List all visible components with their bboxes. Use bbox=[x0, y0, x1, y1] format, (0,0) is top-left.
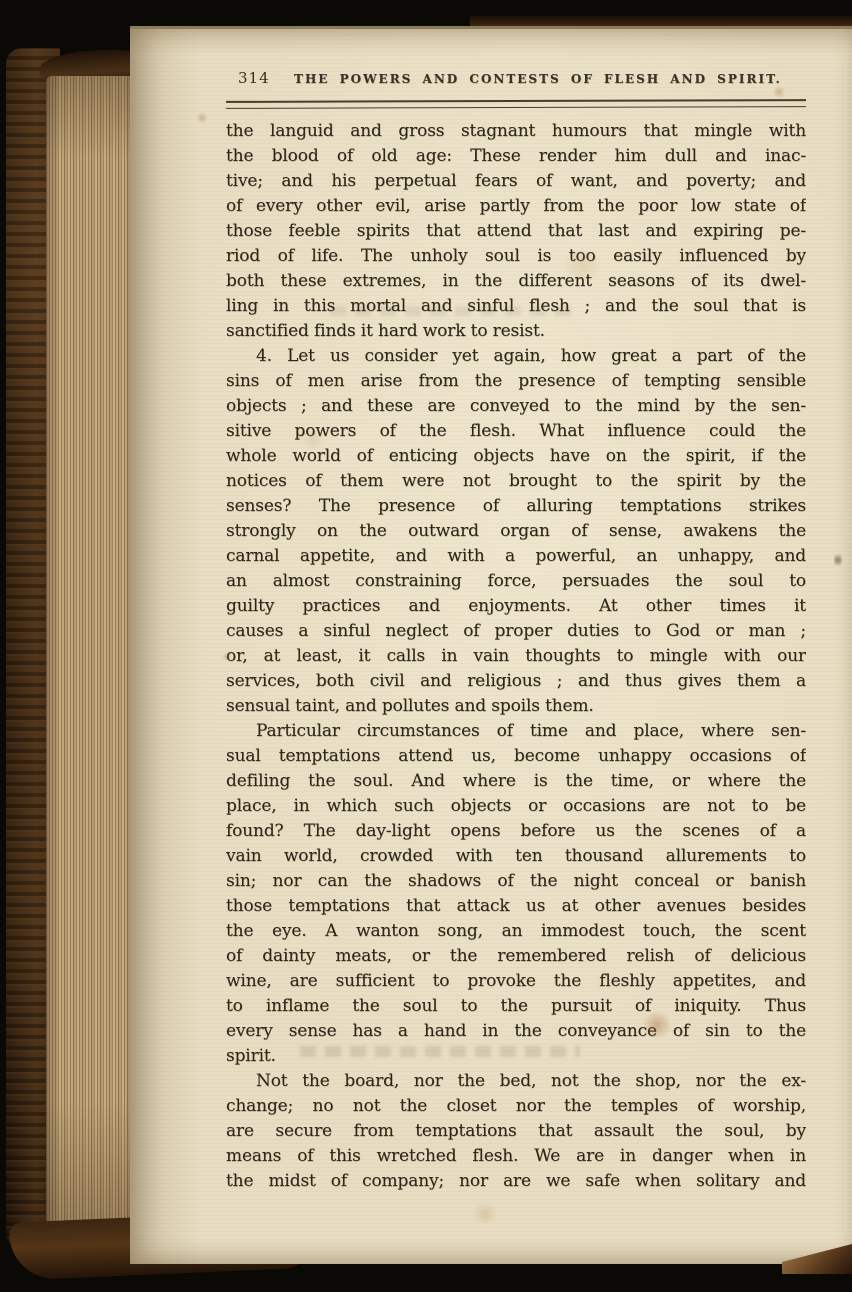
page-header: 314 THE POWERS AND CONTESTS OF FLESH AND… bbox=[226, 69, 806, 91]
running-title: THE POWERS AND CONTESTS OF FLESH AND SPI… bbox=[270, 72, 806, 86]
text-line: every sense has a hand in the conveyance… bbox=[226, 1019, 806, 1044]
text-line: those temptations that attack us at othe… bbox=[226, 894, 806, 919]
text-line: wine, are sufficient to provoke the fles… bbox=[226, 969, 806, 994]
text-line: services, both civil and religious ; and… bbox=[226, 669, 806, 694]
text-line: of every other evil, arise partly from t… bbox=[226, 194, 806, 219]
page-fore-edge bbox=[46, 76, 138, 1268]
text-line: guilty practices and enjoyments. At othe… bbox=[226, 594, 806, 619]
book-photo: 314 THE POWERS AND CONTESTS OF FLESH AND… bbox=[0, 0, 852, 1292]
text-line: ling in this mortal and sinful flesh ; a… bbox=[226, 294, 806, 319]
text-line: senses? The presence of alluring temptat… bbox=[226, 494, 806, 519]
text-line: Not the board, nor the bed, not the shop… bbox=[226, 1069, 806, 1094]
book-page: 314 THE POWERS AND CONTESTS OF FLESH AND… bbox=[130, 26, 852, 1264]
text-line: sin; nor can the shadows of the night co… bbox=[226, 869, 806, 894]
text-line: sensual taint, and pollutes and spoils t… bbox=[226, 694, 806, 719]
text-line: vain world, crowded with ten thousand al… bbox=[226, 844, 806, 869]
text-line: to inflame the soul to the pursuit of in… bbox=[226, 994, 806, 1019]
text-line: whole world of enticing objects have on … bbox=[226, 444, 806, 469]
text-line: change; no not the closet nor the temple… bbox=[226, 1094, 806, 1119]
text-line: strongly on the outward organ of sense, … bbox=[226, 519, 806, 544]
text-line: riod of life. The unholy soul is too eas… bbox=[226, 244, 806, 269]
text-line: both these extremes, in the different se… bbox=[226, 269, 806, 294]
page-number: 314 bbox=[238, 69, 270, 87]
text-line: place, in which such objects or occasion… bbox=[226, 794, 806, 819]
text-line: sual temptations attend us, become unhap… bbox=[226, 744, 806, 769]
text-line: 4. Let us consider yet again, how great … bbox=[226, 344, 806, 369]
text-line: the midst of company; nor are we safe wh… bbox=[226, 1169, 806, 1194]
text-line: carnal appetite, and with a powerful, an… bbox=[226, 544, 806, 569]
page-text: the languid and gross stagnant humours t… bbox=[226, 119, 806, 1194]
text-line: an almost constraining force, persuades … bbox=[226, 569, 806, 594]
text-line: are secure from temptations that assault… bbox=[226, 1119, 806, 1144]
text-line: found? The day-light opens before us the… bbox=[226, 819, 806, 844]
text-line: of dainty meats, or the remembered relis… bbox=[226, 944, 806, 969]
text-line: those feeble spirits that attend that la… bbox=[226, 219, 806, 244]
text-line: the blood of old age: These render him d… bbox=[226, 144, 806, 169]
text-line: sins of men arise from the presence of t… bbox=[226, 369, 806, 394]
header-rule bbox=[226, 99, 806, 109]
text-line: sanctified finds it hard work to resist. bbox=[226, 319, 806, 344]
text-line: means of this wretched flesh. We are in … bbox=[226, 1144, 806, 1169]
text-line: or, at least, it calls in vain thoughts … bbox=[226, 644, 806, 669]
text-line: causes a sinful neglect of proper duties… bbox=[226, 619, 806, 644]
text-line: defiling the soul. And where is the time… bbox=[226, 769, 806, 794]
text-line: sitive powers of the flesh. What influen… bbox=[226, 419, 806, 444]
text-line: objects ; and these are conveyed to the … bbox=[226, 394, 806, 419]
text-line: the languid and gross stagnant humours t… bbox=[226, 119, 806, 144]
text-line: tive; and his perpetual fears of want, a… bbox=[226, 169, 806, 194]
text-line: notices of them were not brought to the … bbox=[226, 469, 806, 494]
text-line: the eye. A wanton song, an immodest touc… bbox=[226, 919, 806, 944]
text-line: Particular circumstances of time and pla… bbox=[226, 719, 806, 744]
text-line: spirit. bbox=[226, 1044, 806, 1069]
